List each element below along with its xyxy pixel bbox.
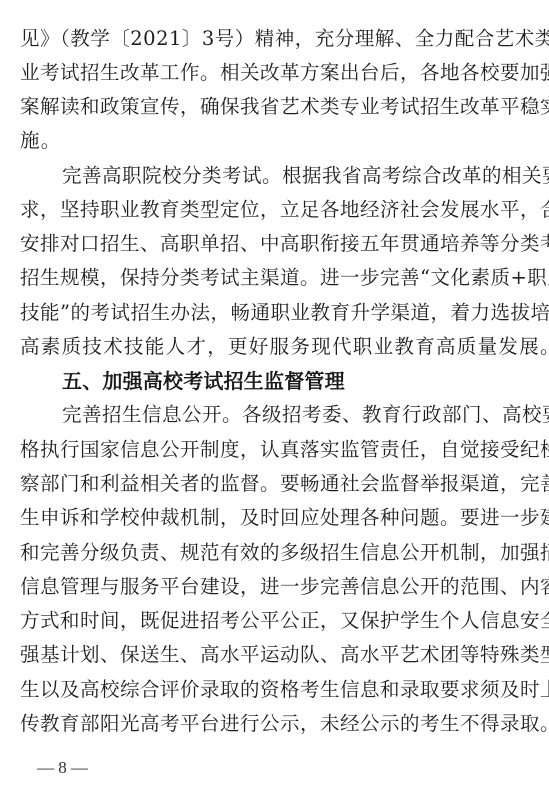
paragraph-line: 高素质技术技能人才，更好服务现代职业教育高质量发展。 bbox=[20, 335, 520, 359]
paragraph-line: 强基计划、保送生、高水平运动队、高水平艺术团等特殊类型招 bbox=[20, 643, 520, 667]
paragraph-line: 传教育部阳光高考平台进行公示，未经公示的考生不得录取。公 bbox=[20, 712, 520, 736]
paragraph-line: 信息管理与服务平台建设，进一步完善信息公开的范围、内容、 bbox=[20, 575, 520, 599]
paragraph-line: 和完善分级负责、规范有效的多级招生信息公开机制，加强招生 bbox=[20, 541, 520, 565]
paragraph-line: 安排对口招生、高职单招、中高职衔接五年贯通培养等分类考试 bbox=[20, 232, 520, 256]
paragraph-line: 技能”的考试招生办法，畅通职业教育升学渠道，着力选拔培养 bbox=[20, 301, 520, 325]
paragraph-line: 格执行国家信息公开制度，认真落实监管责任，自觉接受纪检监 bbox=[20, 438, 520, 462]
page-number: — 8 — bbox=[37, 758, 88, 778]
section-heading: 五、加强高校考试招生监督管理 bbox=[62, 368, 345, 394]
paragraph-line: 完善高职院校分类考试。根据我省高考综合改革的相关要 bbox=[62, 164, 520, 188]
paragraph-line: 求，坚持职业教育类型定位，立足各地经济社会发展水平，合理 bbox=[20, 198, 520, 222]
paragraph-line: 完善招生信息公开。各级招考委、教育行政部门、高校要严 bbox=[62, 403, 520, 427]
paragraph-line: 业考试招生改革工作。相关改革方案出台后，各地各校要加强方 bbox=[20, 61, 520, 85]
paragraph-line: 方式和时间，既促进招考公平公正，又保护学生个人信息安全。 bbox=[20, 609, 520, 633]
paragraph-line: 察部门和利益相关者的监督。要畅通社会监督举报渠道，完善考 bbox=[20, 472, 520, 496]
paragraph-line: 施。 bbox=[20, 129, 520, 153]
paragraph-line: 案解读和政策宣传，确保我省艺术类专业考试招生改革平稳实 bbox=[20, 95, 520, 119]
document-page: 见》（教学〔2021〕3号）精神，充分理解、全力配合艺术类专 业考试招生改革工作… bbox=[0, 0, 549, 809]
paragraph-line: 生申诉和学校仲裁机制，及时回应处理各种问题。要进一步建立 bbox=[20, 506, 520, 530]
paragraph-line: 生以及高校综合评价录取的资格考生信息和录取要求须及时上 bbox=[20, 678, 520, 702]
paragraph-line: 见》（教学〔2021〕3号）精神，充分理解、全力配合艺术类专 bbox=[20, 27, 520, 51]
paragraph-line: 招生规模，保持分类考试主渠道。进一步完善“文化素质+职业 bbox=[20, 266, 520, 290]
